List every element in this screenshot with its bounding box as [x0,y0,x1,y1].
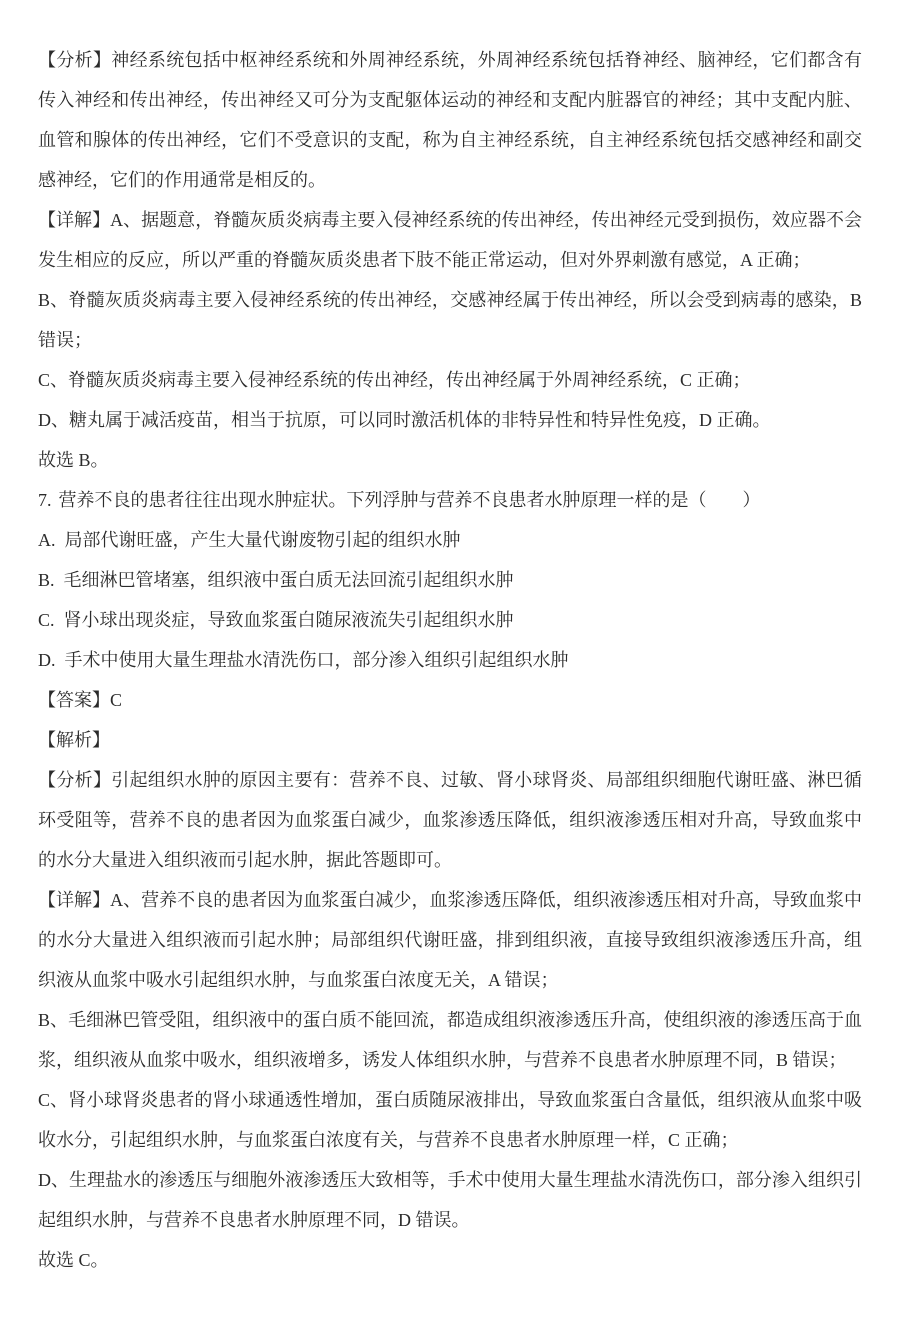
q7-option-a-label: A. [38,520,56,560]
q7-option-b-label: B. [38,560,55,600]
q7-detail-option-a: 【详解】A、营养不良的患者因为血浆蛋白减少，血浆渗透压降低，组织液渗透压相对升高… [38,880,862,1000]
q7-option-d: D.手术中使用大量生理盐水清洗伤口，部分渗入组织引起组织水肿 [38,640,862,680]
q7-detail-option-d: D、生理盐水的渗透压与细胞外液渗透压大致相等，手术中使用大量生理盐水清洗伤口，部… [38,1160,862,1240]
q7-option-b-text: 毛细淋巴管堵塞，组织液中蛋白质无法回流引起组织水肿 [64,570,514,590]
q7-stem-text: 营养不良的患者往往出现水肿症状。下列浮肿与营养不良患者水肿原理一样的是（ ） [59,490,761,510]
q7-option-c-label: C. [38,600,55,640]
q7-option-d-text: 手术中使用大量生理盐水清洗伤口，部分渗入组织引起组织水肿 [65,650,569,670]
q7-option-d-label: D. [38,640,56,680]
q7-analysis-tag: 【解析】 [38,720,862,760]
q7-detail-option-b: B、毛细淋巴管受阻，组织液中的蛋白质不能回流，都造成组织液渗透压升高，使组织液的… [38,1000,862,1080]
q7-option-c-text: 肾小球出现炎症，导致血浆蛋白随尿液流失引起组织水肿 [64,610,514,630]
q6-detail-option-b: B、脊髓灰质炎病毒主要入侵神经系统的传出神经，交感神经属于传出神经，所以会受到病… [38,280,862,360]
q7-answer-line: 【答案】C [38,680,862,720]
q6-analysis-paragraph: 【分析】神经系统包括中枢神经系统和外周神经系统，外周神经系统包括脊神经、脑神经，… [38,40,862,200]
q7-conclusion: 故选 C。 [38,1240,862,1280]
q6-detail-option-a: 【详解】A、据题意，脊髓灰质炎病毒主要入侵神经系统的传出神经，传出神经元受到损伤… [38,200,862,280]
q7-option-b: B.毛细淋巴管堵塞，组织液中蛋白质无法回流引起组织水肿 [38,560,862,600]
q6-detail-option-d: D、糖丸属于减活疫苗，相当于抗原，可以同时激活机体的非特异性和特异性免疫，D 正… [38,400,862,440]
q7-number: 7. [38,480,52,520]
q7-stem-row: 7.营养不良的患者往往出现水肿症状。下列浮肿与营养不良患者水肿原理一样的是（ ） [38,480,862,520]
q7-analysis-paragraph: 【分析】引起组织水肿的原因主要有：营养不良、过敏、肾小球肾炎、局部组织细胞代谢旺… [38,760,862,880]
q7-option-a: A.局部代谢旺盛，产生大量代谢废物引起的组织水肿 [38,520,862,560]
q7-option-a-text: 局部代谢旺盛，产生大量代谢废物引起的组织水肿 [65,530,461,550]
q7-block: 7.营养不良的患者往往出现水肿症状。下列浮肿与营养不良患者水肿原理一样的是（ ）… [38,480,862,1280]
exam-answer-page: 【分析】神经系统包括中枢神经系统和外周神经系统，外周神经系统包括脊神经、脑神经，… [0,0,900,1338]
q6-detail-option-c: C、脊髓灰质炎病毒主要入侵神经系统的传出神经，传出神经属于外周神经系统，C 正确… [38,360,862,400]
q6-conclusion: 故选 B。 [38,440,862,480]
q7-option-c: C.肾小球出现炎症，导致血浆蛋白随尿液流失引起组织水肿 [38,600,862,640]
q7-detail-option-c: C、肾小球肾炎患者的肾小球通透性增加，蛋白质随尿液排出，导致血浆蛋白含量低，组织… [38,1080,862,1160]
q6-explanation-block: 【分析】神经系统包括中枢神经系统和外周神经系统，外周神经系统包括脊神经、脑神经，… [38,40,862,480]
